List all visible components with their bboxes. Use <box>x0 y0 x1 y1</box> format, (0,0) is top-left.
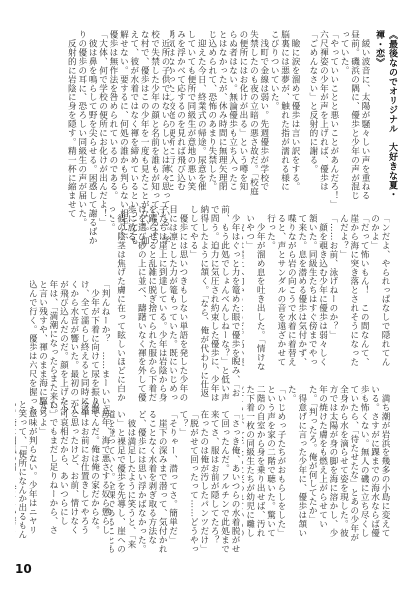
paragraph: 「脱がせて回ったって……どうやって？」 <box>178 410 199 555</box>
paragraph: 「だって怖いもん！ この間なんて、崖から海に突き落とされそうになったんだよ？」 <box>338 214 369 374</box>
text-block-middle-right: 「ンだよ、やられっぱなしで隠れてんのかよ」 「だって怖いもん！ この間なんて、崖… <box>242 214 390 374</box>
paragraph: 満ち潮が岩浜を幾多の小島に変えている。さすがに踝までの海水ならば優歩も怖くない。… <box>307 385 390 545</box>
page-number: 10 <box>15 562 32 576</box>
paragraph: 「そりゃー、潜ってさ。簡単だ」 <box>167 410 177 555</box>
text-block-lower-right: 満ち潮が岩浜を幾多の小島に変えている。さすがに踝までの海水ならば優歩も怖くない。… <box>242 385 390 545</box>
paragraph: 顔を覗き込む少年に優歩は弱々しく頷いた。同級生たちはすぐ傍までやって来た。息を潜… <box>265 214 327 374</box>
paragraph: 「ンだよ、やられっぱなしで隠れてんのかよ」 <box>369 214 390 374</box>
paragraph: 「判んねーか？ ……まーいいさ」 <box>100 280 110 420</box>
paragraph: 反射的に岩陰に身を隠す。精一杯に縮ませて <box>66 30 76 250</box>
text-block-upper-middle: 瞼に涙を溜めて優歩は言い訳をする。脳裏には悪夢が、触れた指が濡れる様にこびりつい… <box>170 30 300 200</box>
paragraph: 彼の陰茎は焦げた膚に在って眩しいほどに白かった。 <box>110 205 126 405</box>
paragraph: 緩い波音に、太陽が騒々しい声を重ねる昼前。磯浜の隅に、優歩と少年の声が混じってい… <box>339 30 370 205</box>
paragraph: 意味が判らない。少年はニヤリと笑って、「便所になんか出るもんか。俺は潮風の届く処… <box>15 400 37 540</box>
paragraph: 「大体、何で学校の便所にお化けが出んだよ！」 <box>97 30 107 250</box>
paragraph: 「やっていいことと悪いことがあんだろ！」六尺褌姿の少年が声を上げれば、優歩は「ご… <box>308 30 339 205</box>
paragraph: 瞼に涙を溜めて優歩は言い訳をする。脳裏には悪夢が、触れた指が濡れる様にこびりつい… <box>269 30 300 200</box>
text-block-upper-right: 緩い波音に、太陽が騒々しい声を重ねる昼前。磯浜の隅に、優歩と少年の声が混じってい… <box>308 30 370 205</box>
paragraph: 「……お前、泳げねーのか？」 <box>328 214 338 374</box>
paragraph: 崖下の深みまで潜って、気付かれることなく水着を剥ぎ取る方法など、優歩には思い浮か… <box>136 410 167 555</box>
paragraph: 「毎年、海で悪さする奴ら懲らしめてんだ。俺は俺の家だからな。今年はお前にお仕置き… <box>37 400 110 540</box>
text-block-lower-left: 「毎年、海で悪さする奴ら懲らしめてんだ。俺は俺の家だからな。今年はお前にお仕置き… <box>15 400 110 540</box>
paragraph: 彼は満足したように笑うと、「来い」と裸足で優歩を先導し、崖への道を登っていく。全… <box>110 410 136 555</box>
paragraph: 優歩には思いつきもしない単語を発した少年の目には凛とした力が篭もっていた。既にい… <box>126 205 188 405</box>
paragraph: 彼らは崖上へ向かうようだ。高い崖から海へ身を躍らせる其れを「度胸試し」と彼らは呼… <box>242 214 244 374</box>
paragraph: 得意げに言った少年に、優歩は頷いた。 <box>286 385 307 545</box>
paragraph: 少年が下着に向けて尿を振り撒け、全て濡らし終えると同時に遠くから水音が響いた。最… <box>30 280 100 420</box>
story-title: 《最後なのでオリジナル 大好きな夏・褌・恋》 <box>373 30 399 210</box>
text-block-lower-middle: 「さっき俺、あいつらの水着脱がせて回ったんだ。フルチンで此処まで来てさ、服はお前… <box>110 410 240 555</box>
text-block-middle-center: 少年はぐっと力を篭めた眼で優歩を睨み、「お前、もう此処でしょんべんしねーな？」と… <box>110 205 240 405</box>
paragraph: 少年が溜め息を吐き出した。「情けないやつ」 <box>244 214 265 374</box>
paragraph: 「さっき俺、あいつらの水着脱がせて回ったんだ。フルチンで此処まで来てさ、服はお前… <box>198 410 240 555</box>
paragraph: 迎えた今日、終業式の帰途。尿意を催していても便所で同級生が意地の悪い笑みを浮かべ… <box>170 30 206 200</box>
paragraph: 彼は鼻を鳴らして野を尖らせる。困惑して謝るばかりの優歩の耳に、恐ろしい同級生の声… <box>76 30 97 250</box>
text-block-middle-left: 「判んねーか？ ……まーいいさ」 少年が下着に向けて尿を振り撒け、全て濡らし終え… <box>30 280 110 420</box>
paragraph: 「いじめっ子たちがおもらしをした」という声を家の二階で聴いた。驚いて二階の自室か… <box>242 385 286 545</box>
paragraph: 浅町で金線は弱い。先週優歩が学校で失禁したのも夜の立暗の悪さ故だ。「校庭の便所に… <box>206 30 268 200</box>
paragraph: 少年はぐっと力を篭めた眼で優歩を睨み、「お前、もう此処でしょんべんしねーな？」と… <box>188 205 240 405</box>
